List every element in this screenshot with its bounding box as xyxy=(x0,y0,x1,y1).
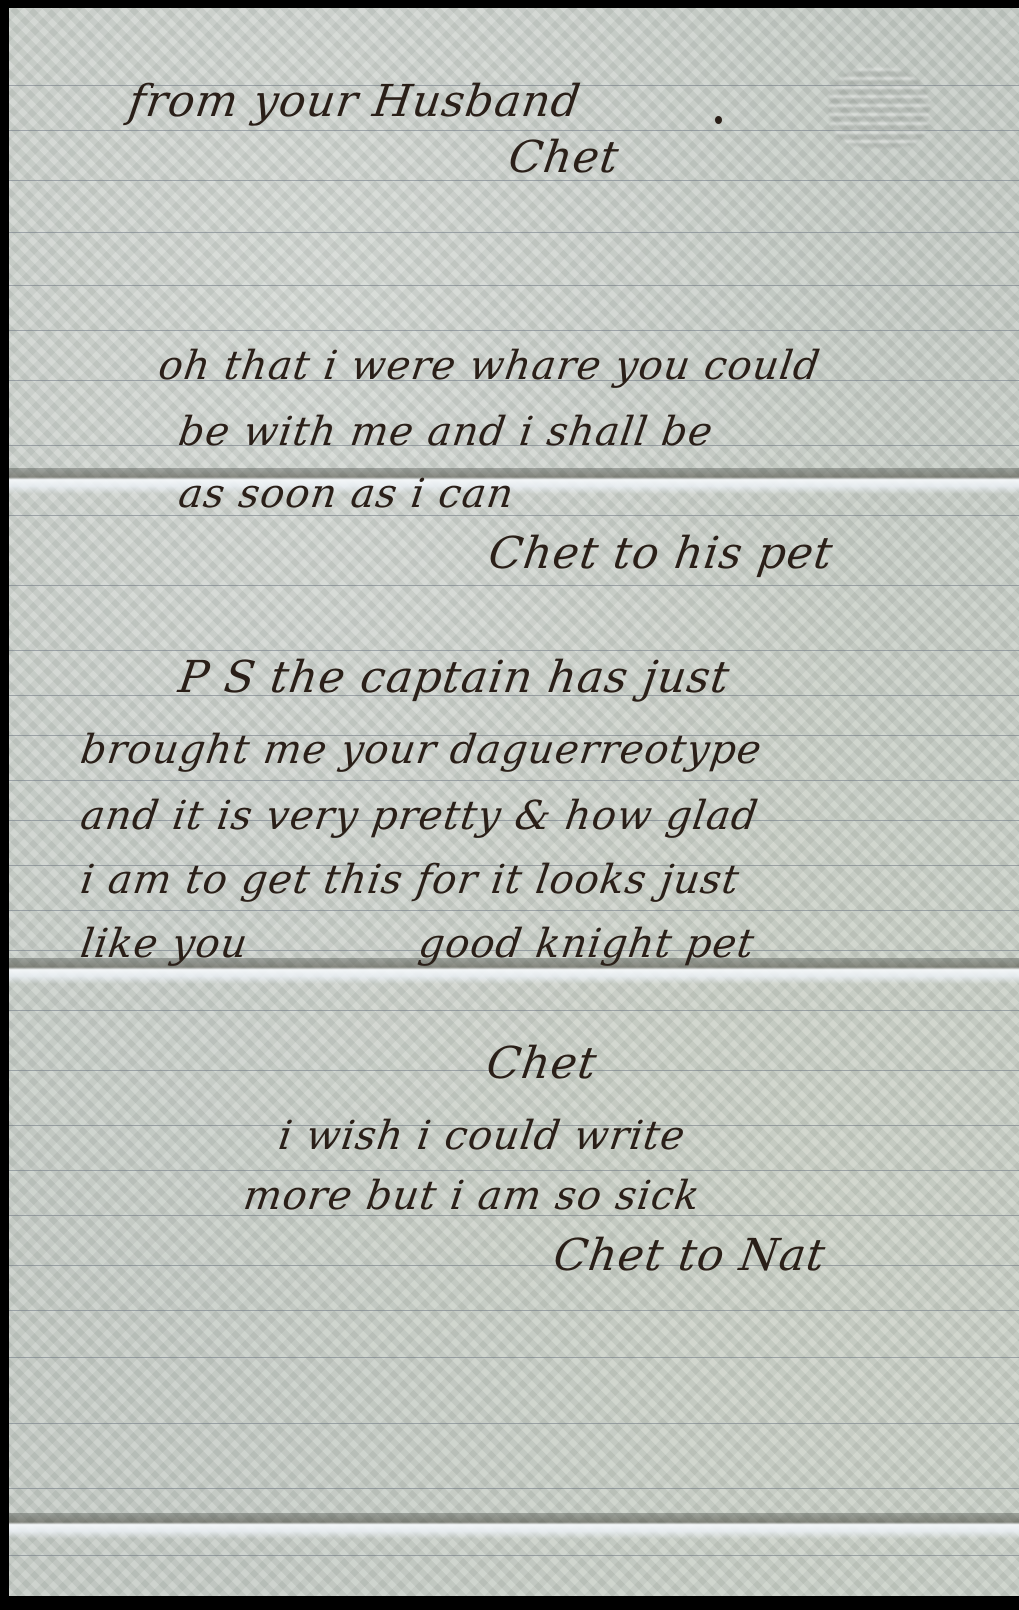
ruled-line xyxy=(9,1010,1019,1011)
closing-line-1: from your Husband xyxy=(126,80,584,124)
postscript-line-5: like you xyxy=(78,924,250,964)
letter-page: from your Husband Chet oh that i were wh… xyxy=(9,8,1019,1596)
ruled-line xyxy=(9,1555,1019,1556)
signature-1: Chet to his pet xyxy=(486,532,836,576)
ruled-line xyxy=(9,1310,1019,1311)
ruled-line xyxy=(9,330,1019,331)
ruled-line xyxy=(9,650,1019,651)
postscript-line-3: and it is very pretty & how glad xyxy=(78,796,761,836)
ruled-line xyxy=(9,1488,1019,1489)
ruled-line xyxy=(9,585,1019,586)
closing-line-2: Chet xyxy=(506,136,622,180)
ruled-line xyxy=(9,1423,1019,1424)
postscript-line-6: good knight pet xyxy=(416,924,757,964)
body-line-2: be with me and i shall be xyxy=(176,412,716,452)
ink-blot xyxy=(715,116,722,124)
paper-fold xyxy=(9,1513,1019,1539)
ruled-line xyxy=(9,515,1019,516)
ruled-line xyxy=(9,232,1019,233)
postscript-line-2: brought me your daguerreotype xyxy=(78,730,764,770)
ruled-line xyxy=(9,910,1019,911)
embossed-stamp xyxy=(829,68,929,148)
signature-3: Chet to Nat xyxy=(551,1234,828,1278)
signature-2: Chet xyxy=(484,1042,600,1086)
ruled-line xyxy=(9,1357,1019,1358)
ruled-line xyxy=(9,780,1019,781)
final-note-line-2: more but i am so sick xyxy=(241,1176,703,1216)
ruled-line xyxy=(9,1265,1019,1266)
postscript-line-1: P S the captain has just xyxy=(176,656,733,700)
ruled-line xyxy=(9,1170,1019,1171)
ruled-line xyxy=(9,285,1019,286)
body-line-3: as soon as i can xyxy=(176,474,516,514)
body-line-1: oh that i were whare you could xyxy=(156,346,823,386)
postscript-line-4: i am to get this for it looks just xyxy=(78,860,742,900)
final-note-line-1: i wish i could write xyxy=(276,1116,688,1156)
